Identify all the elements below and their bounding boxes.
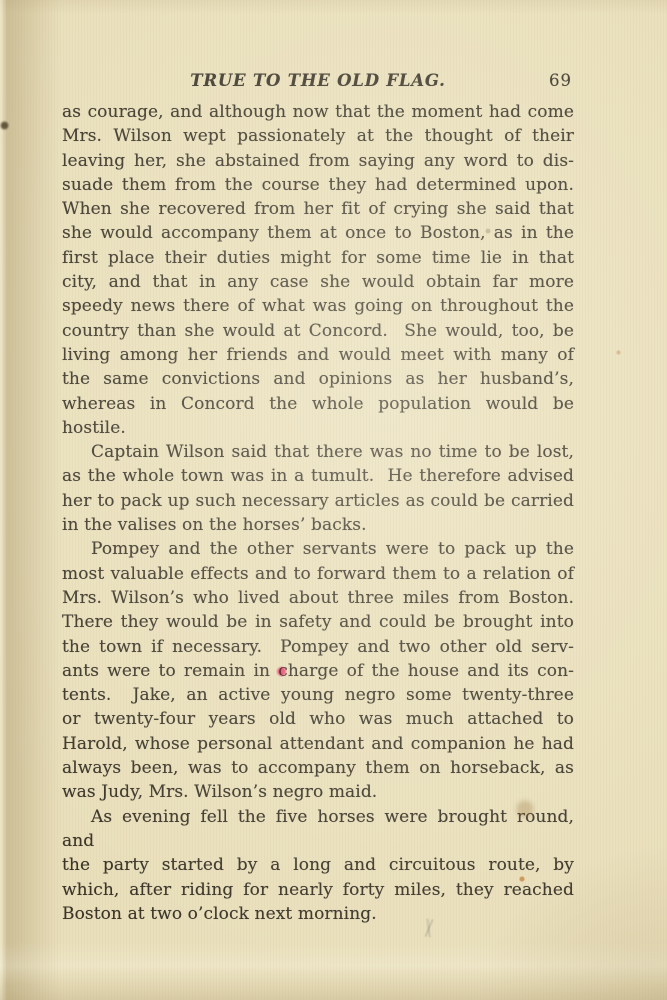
text-line: the party started by a long and circuito… xyxy=(62,853,574,877)
page-body: as courage, and although now that the mo… xyxy=(62,100,574,926)
text-segment: ants were to remain in xyxy=(62,661,278,681)
text-line: first place their duties might for some … xyxy=(62,246,574,270)
text-line: the town if necessary. Pompey and two ot… xyxy=(62,635,574,659)
text-segment: harge of the house and its con- xyxy=(288,661,574,681)
text-line: living among her friends and would meet … xyxy=(62,343,574,367)
text-line: whereas in Concord the whole population … xyxy=(62,392,574,416)
text-line: always been, was to accompany them on ho… xyxy=(62,756,574,780)
text-line: When she recovered from her fit of cryin… xyxy=(62,197,574,221)
text-line: she would accompany them at once to Bost… xyxy=(62,221,574,245)
text-line: As evening fell the five horses were bro… xyxy=(62,805,574,854)
book-page: TRUE TO THE OLD FLAG. 69 as courage, and… xyxy=(0,0,667,1000)
text-line: leaving her, she abstained from saying a… xyxy=(62,149,574,173)
text-line: city, and that in any case she would obt… xyxy=(62,270,574,294)
text-line: Mrs. Wilson’s who lived about three mile… xyxy=(62,586,574,610)
text-line: which, after riding for nearly forty mil… xyxy=(62,878,574,902)
text-line: speedy news there of what was going on t… xyxy=(62,294,574,318)
text-line: hostile. xyxy=(62,416,574,440)
page-header: TRUE TO THE OLD FLAG. 69 xyxy=(62,71,574,90)
text-line: as the whole town was in a tumult. He th… xyxy=(62,464,574,488)
text-line: There they would be in safety and could … xyxy=(62,610,574,634)
text-line: Pompey and the other servants were to pa… xyxy=(62,537,574,561)
text-line: in the valises on the horses’ backs. xyxy=(62,513,574,537)
text-line: suade them from the course they had dete… xyxy=(62,173,574,197)
text-line: was Judy, Mrs. Wilson’s negro maid. xyxy=(62,780,574,804)
left-edge-speck xyxy=(0,120,9,131)
text-line: as courage, and although now that the mo… xyxy=(62,100,574,124)
red-ink-spot: c xyxy=(278,661,288,681)
text-line: the same convictions and opinions as her… xyxy=(62,367,574,391)
text-line: tents. Jake, an active young negro some … xyxy=(62,683,574,707)
text-line: or twenty-four years old who was much at… xyxy=(62,707,574,731)
paper-speck-2 xyxy=(616,350,621,355)
page-number: 69 xyxy=(549,71,572,90)
text-line: ants were to remain in charge of the hou… xyxy=(62,659,574,683)
text-line: Boston at two o’clock next morning. xyxy=(62,902,574,926)
text-line: Captain Wilson said that there was no ti… xyxy=(62,440,574,464)
text-line: Harold, whose personal attendant and com… xyxy=(62,732,574,756)
text-line: most valuable effects and to forward the… xyxy=(62,562,574,586)
running-title: TRUE TO THE OLD FLAG. xyxy=(62,71,574,90)
text-line: country than she would at Concord. She w… xyxy=(62,319,574,343)
text-line: her to pack up such necessary articles a… xyxy=(62,489,574,513)
text-line: Mrs. Wilson wept passionately at the tho… xyxy=(62,124,574,148)
